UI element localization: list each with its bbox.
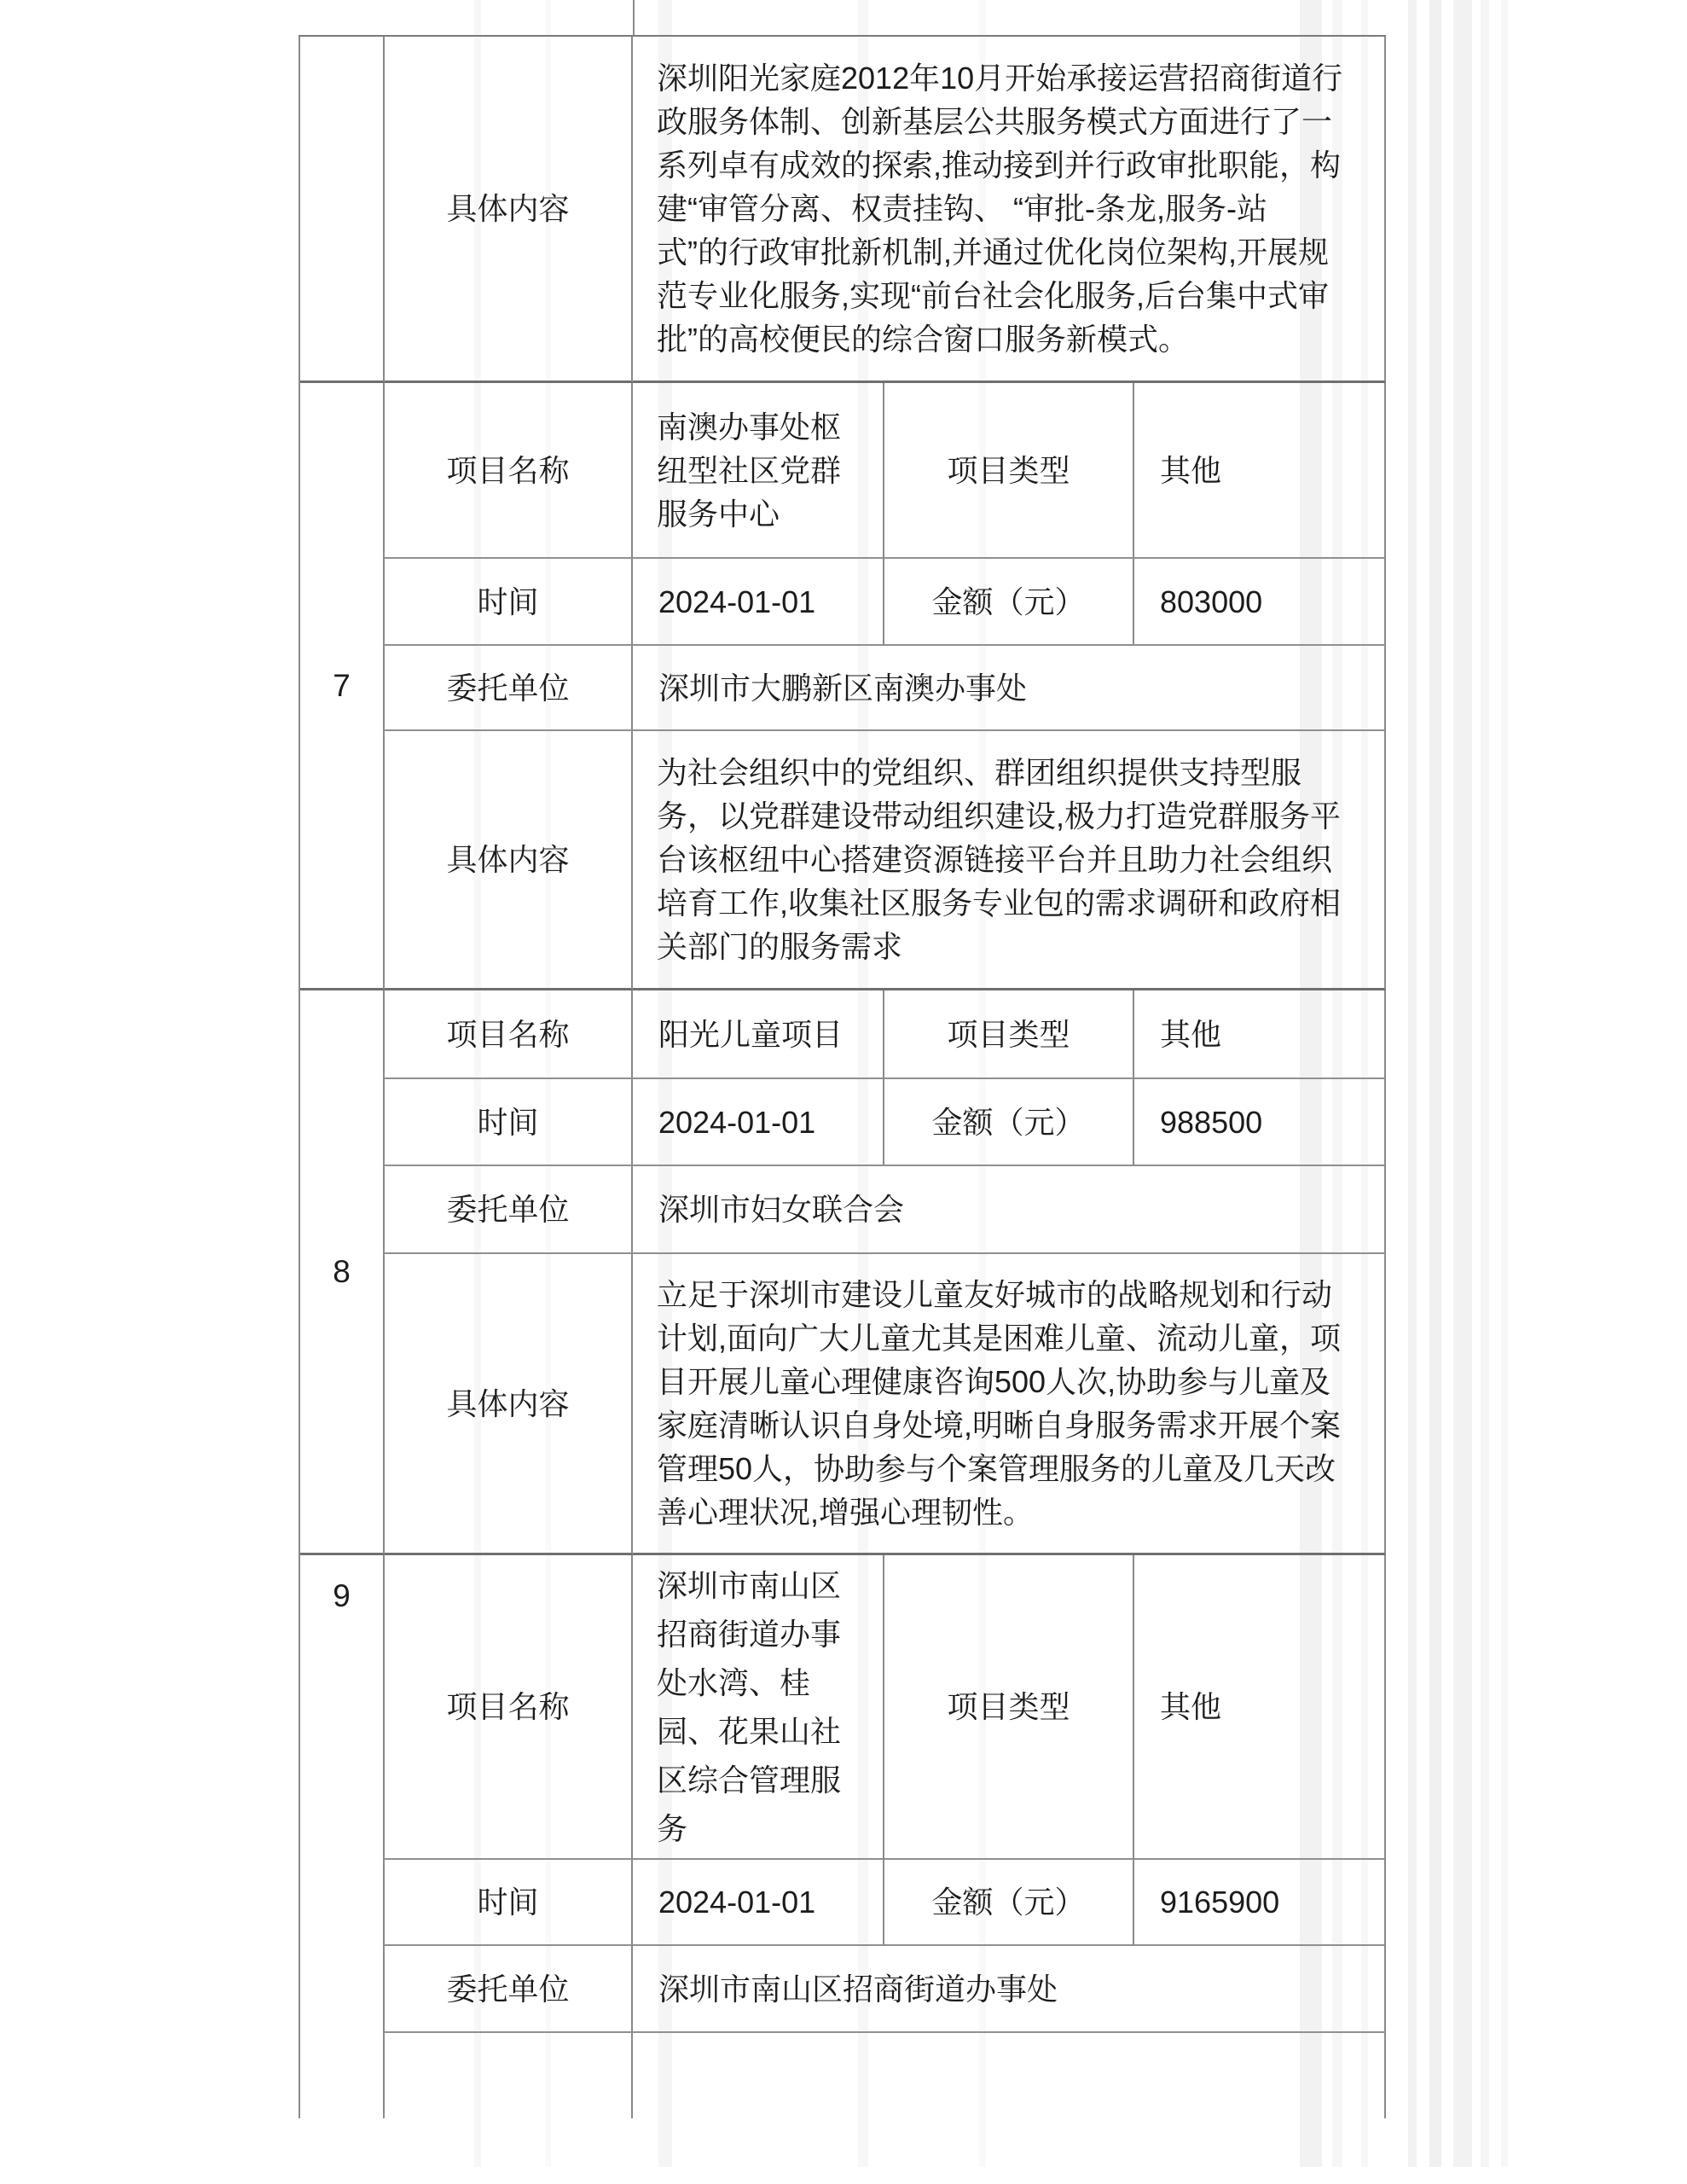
field-label-project-type: 项目类型 — [884, 383, 1134, 559]
field-label-project-type: 项目类型 — [884, 990, 1134, 1079]
label-text: 项目类型 — [947, 1013, 1070, 1056]
paragraph-text: 深圳阳光家庭2012年10月开始承接运营招商街道行 政服务体制、创新基层公共服务… — [657, 56, 1342, 361]
field-label-amount: 金额（元） — [884, 559, 1134, 646]
truncated-row-cell — [633, 2033, 1386, 2118]
label-text: 委托单位 — [446, 1967, 569, 2011]
project-name-value: 深圳市南山区 招商街道办事 处水湾、桂 园、花果山社 区综合管理服 务 — [633, 1555, 884, 1860]
label-text: 项目名称 — [446, 449, 569, 492]
artifact-stripe — [1481, 0, 1489, 2167]
label-text: 委托单位 — [446, 1188, 569, 1231]
time-value: 2024-01-01 — [633, 1079, 884, 1166]
value-text: 803000 — [1160, 580, 1262, 624]
amount-value: 803000 — [1134, 559, 1386, 646]
value-text: 南澳办事处枢 纽型社区党群 服务中心 — [657, 405, 841, 536]
project-name-value: 南澳办事处枢 纽型社区党群 服务中心 — [633, 383, 884, 559]
field-label-amount: 金额（元） — [884, 1860, 1134, 1946]
value-text: 9165900 — [1160, 1880, 1279, 1924]
project-type-value: 其他 — [1134, 990, 1386, 1079]
value-text: 深圳市南山区招商街道办事处 — [658, 1967, 1058, 2011]
label-text: 金额（元） — [931, 580, 1085, 624]
label-text: 时间 — [477, 1101, 538, 1144]
field-label-content: 具体内容 — [385, 731, 633, 990]
column-border-stub — [633, 0, 635, 37]
project-name-value: 阳光儿童项目 — [633, 990, 884, 1079]
row-number-text: 7 — [333, 664, 351, 707]
content-paragraph: 为社会组织中的党组织、群团组织提供支持型服 务，以党群建设带动组织建设,极力打造… — [633, 731, 1386, 990]
value-text: 其他 — [1160, 1013, 1221, 1056]
label-text: 金额（元） — [931, 1101, 1085, 1144]
field-label-amount: 金额（元） — [884, 1079, 1134, 1166]
artifact-stripe — [1429, 0, 1441, 2167]
amount-value: 988500 — [1134, 1079, 1386, 1166]
label-text: 项目类型 — [947, 1685, 1070, 1728]
content-paragraph: 立足于深圳市建设儿童友好城市的战略规划和行动 计划,面向广大儿童尤其是困难儿童、… — [633, 1254, 1386, 1555]
value-text: 深圳市南山区 招商街道办事 处水湾、桂 园、花果山社 区综合管理服 务 — [657, 1561, 841, 1853]
projects-table: 具体内容 深圳阳光家庭2012年10月开始承接运营招商街道行 政服务体制、创新基… — [299, 35, 1386, 2118]
label-text: 时间 — [477, 1880, 538, 1924]
client-value: 深圳市大鹏新区南澳办事处 — [633, 646, 1386, 731]
label-text: 具体内容 — [446, 1382, 569, 1426]
label-text: 项目名称 — [446, 1685, 569, 1728]
value-text: 其他 — [1160, 449, 1221, 492]
amount-value: 9165900 — [1134, 1860, 1386, 1946]
value-text: 其他 — [1160, 1685, 1221, 1728]
artifact-stripe — [1453, 0, 1472, 2167]
field-label-project-name: 项目名称 — [385, 383, 633, 559]
value-text: 2024-01-01 — [658, 580, 815, 624]
paragraph-text: 为社会组织中的党组织、群团组织提供支持型服 务，以党群建设带动组织建设,极力打造… — [657, 751, 1341, 968]
label-text: 具体内容 — [446, 187, 569, 230]
field-label-project-name: 项目名称 — [385, 990, 633, 1079]
label-text: 具体内容 — [446, 838, 569, 881]
field-label-client: 委托单位 — [385, 1166, 633, 1254]
label-text: 金额（元） — [931, 1880, 1085, 1924]
value-text: 2024-01-01 — [658, 1101, 815, 1144]
field-label-project-type: 项目类型 — [884, 1555, 1134, 1860]
value-text: 2024-01-01 — [658, 1880, 815, 1924]
row-number-cell-empty — [300, 37, 385, 383]
project-type-value: 其他 — [1134, 383, 1386, 559]
time-value: 2024-01-01 — [633, 1860, 884, 1946]
row-number-text: 9 — [333, 1574, 351, 1618]
field-label-content: 具体内容 — [385, 1254, 633, 1555]
label-text: 时间 — [477, 580, 538, 624]
label-text: 项目名称 — [446, 1013, 569, 1056]
client-value: 深圳市南山区招商街道办事处 — [633, 1946, 1386, 2033]
artifact-stripe — [1408, 0, 1417, 2167]
row-number-text: 8 — [333, 1250, 351, 1293]
content-paragraph: 深圳阳光家庭2012年10月开始承接运营招商街道行 政服务体制、创新基层公共服务… — [633, 37, 1386, 383]
row-number: 7 — [300, 383, 385, 990]
time-value: 2024-01-01 — [633, 559, 884, 646]
client-value: 深圳市妇女联合会 — [633, 1166, 1386, 1254]
field-label-content: 具体内容 — [385, 37, 633, 383]
document-page: { "page": { "background": "#ffffff", "te… — [0, 0, 1687, 2184]
value-text: 深圳市妇女联合会 — [658, 1188, 904, 1231]
field-label-time: 时间 — [385, 1860, 633, 1946]
value-text: 阳光儿童项目 — [658, 1013, 843, 1056]
label-text: 项目类型 — [947, 449, 1070, 492]
field-label-time: 时间 — [385, 1079, 633, 1166]
row-number: 9 — [300, 1555, 385, 2118]
field-label-time: 时间 — [385, 559, 633, 646]
field-label-client: 委托单位 — [385, 646, 633, 731]
label-text: 委托单位 — [446, 666, 569, 710]
truncated-row-cell — [385, 2033, 633, 2118]
field-label-project-name: 项目名称 — [385, 1555, 633, 1860]
project-type-value: 其他 — [1134, 1555, 1386, 1860]
artifact-stripe — [1501, 0, 1508, 2167]
value-text: 深圳市大鹏新区南澳办事处 — [658, 666, 1027, 710]
paragraph-text: 立足于深圳市建设儿童友好城市的战略规划和行动 计划,面向广大儿童尤其是困难儿童、… — [657, 1273, 1341, 1534]
field-label-client: 委托单位 — [385, 1946, 633, 2033]
row-number: 8 — [300, 990, 385, 1555]
value-text: 988500 — [1160, 1101, 1262, 1144]
